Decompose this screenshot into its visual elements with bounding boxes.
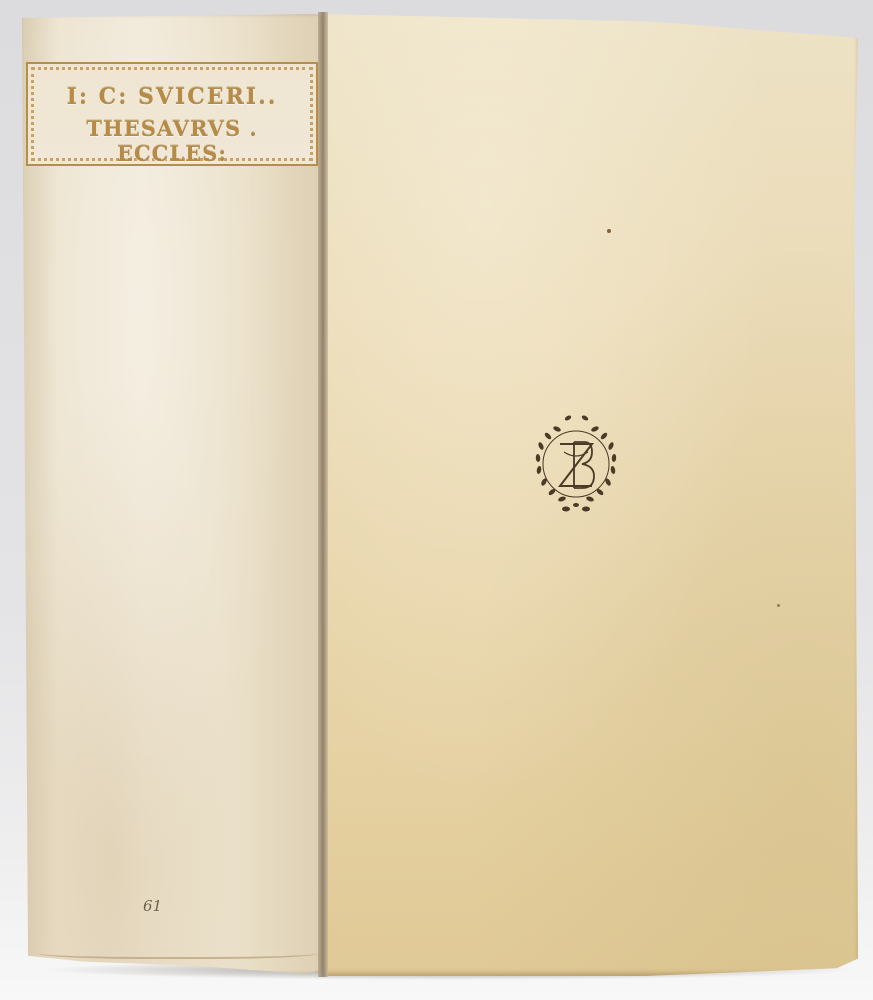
monogram-wreath-icon <box>530 412 622 518</box>
stain-spot <box>607 229 611 233</box>
spine-label-line-1: I: C: SVICERI.. <box>28 84 316 110</box>
spine-bottom-edge <box>38 945 318 959</box>
spine-title-label: I: C: SVICERI.. THESAVRVS . ECCLES: <box>26 62 318 166</box>
spine-label-line-2: THESAVRVS . ECCLES: <box>28 116 316 166</box>
spine-joint <box>318 12 328 977</box>
stain-spot <box>777 604 780 607</box>
spine-shelfmark: 61 <box>143 897 162 915</box>
